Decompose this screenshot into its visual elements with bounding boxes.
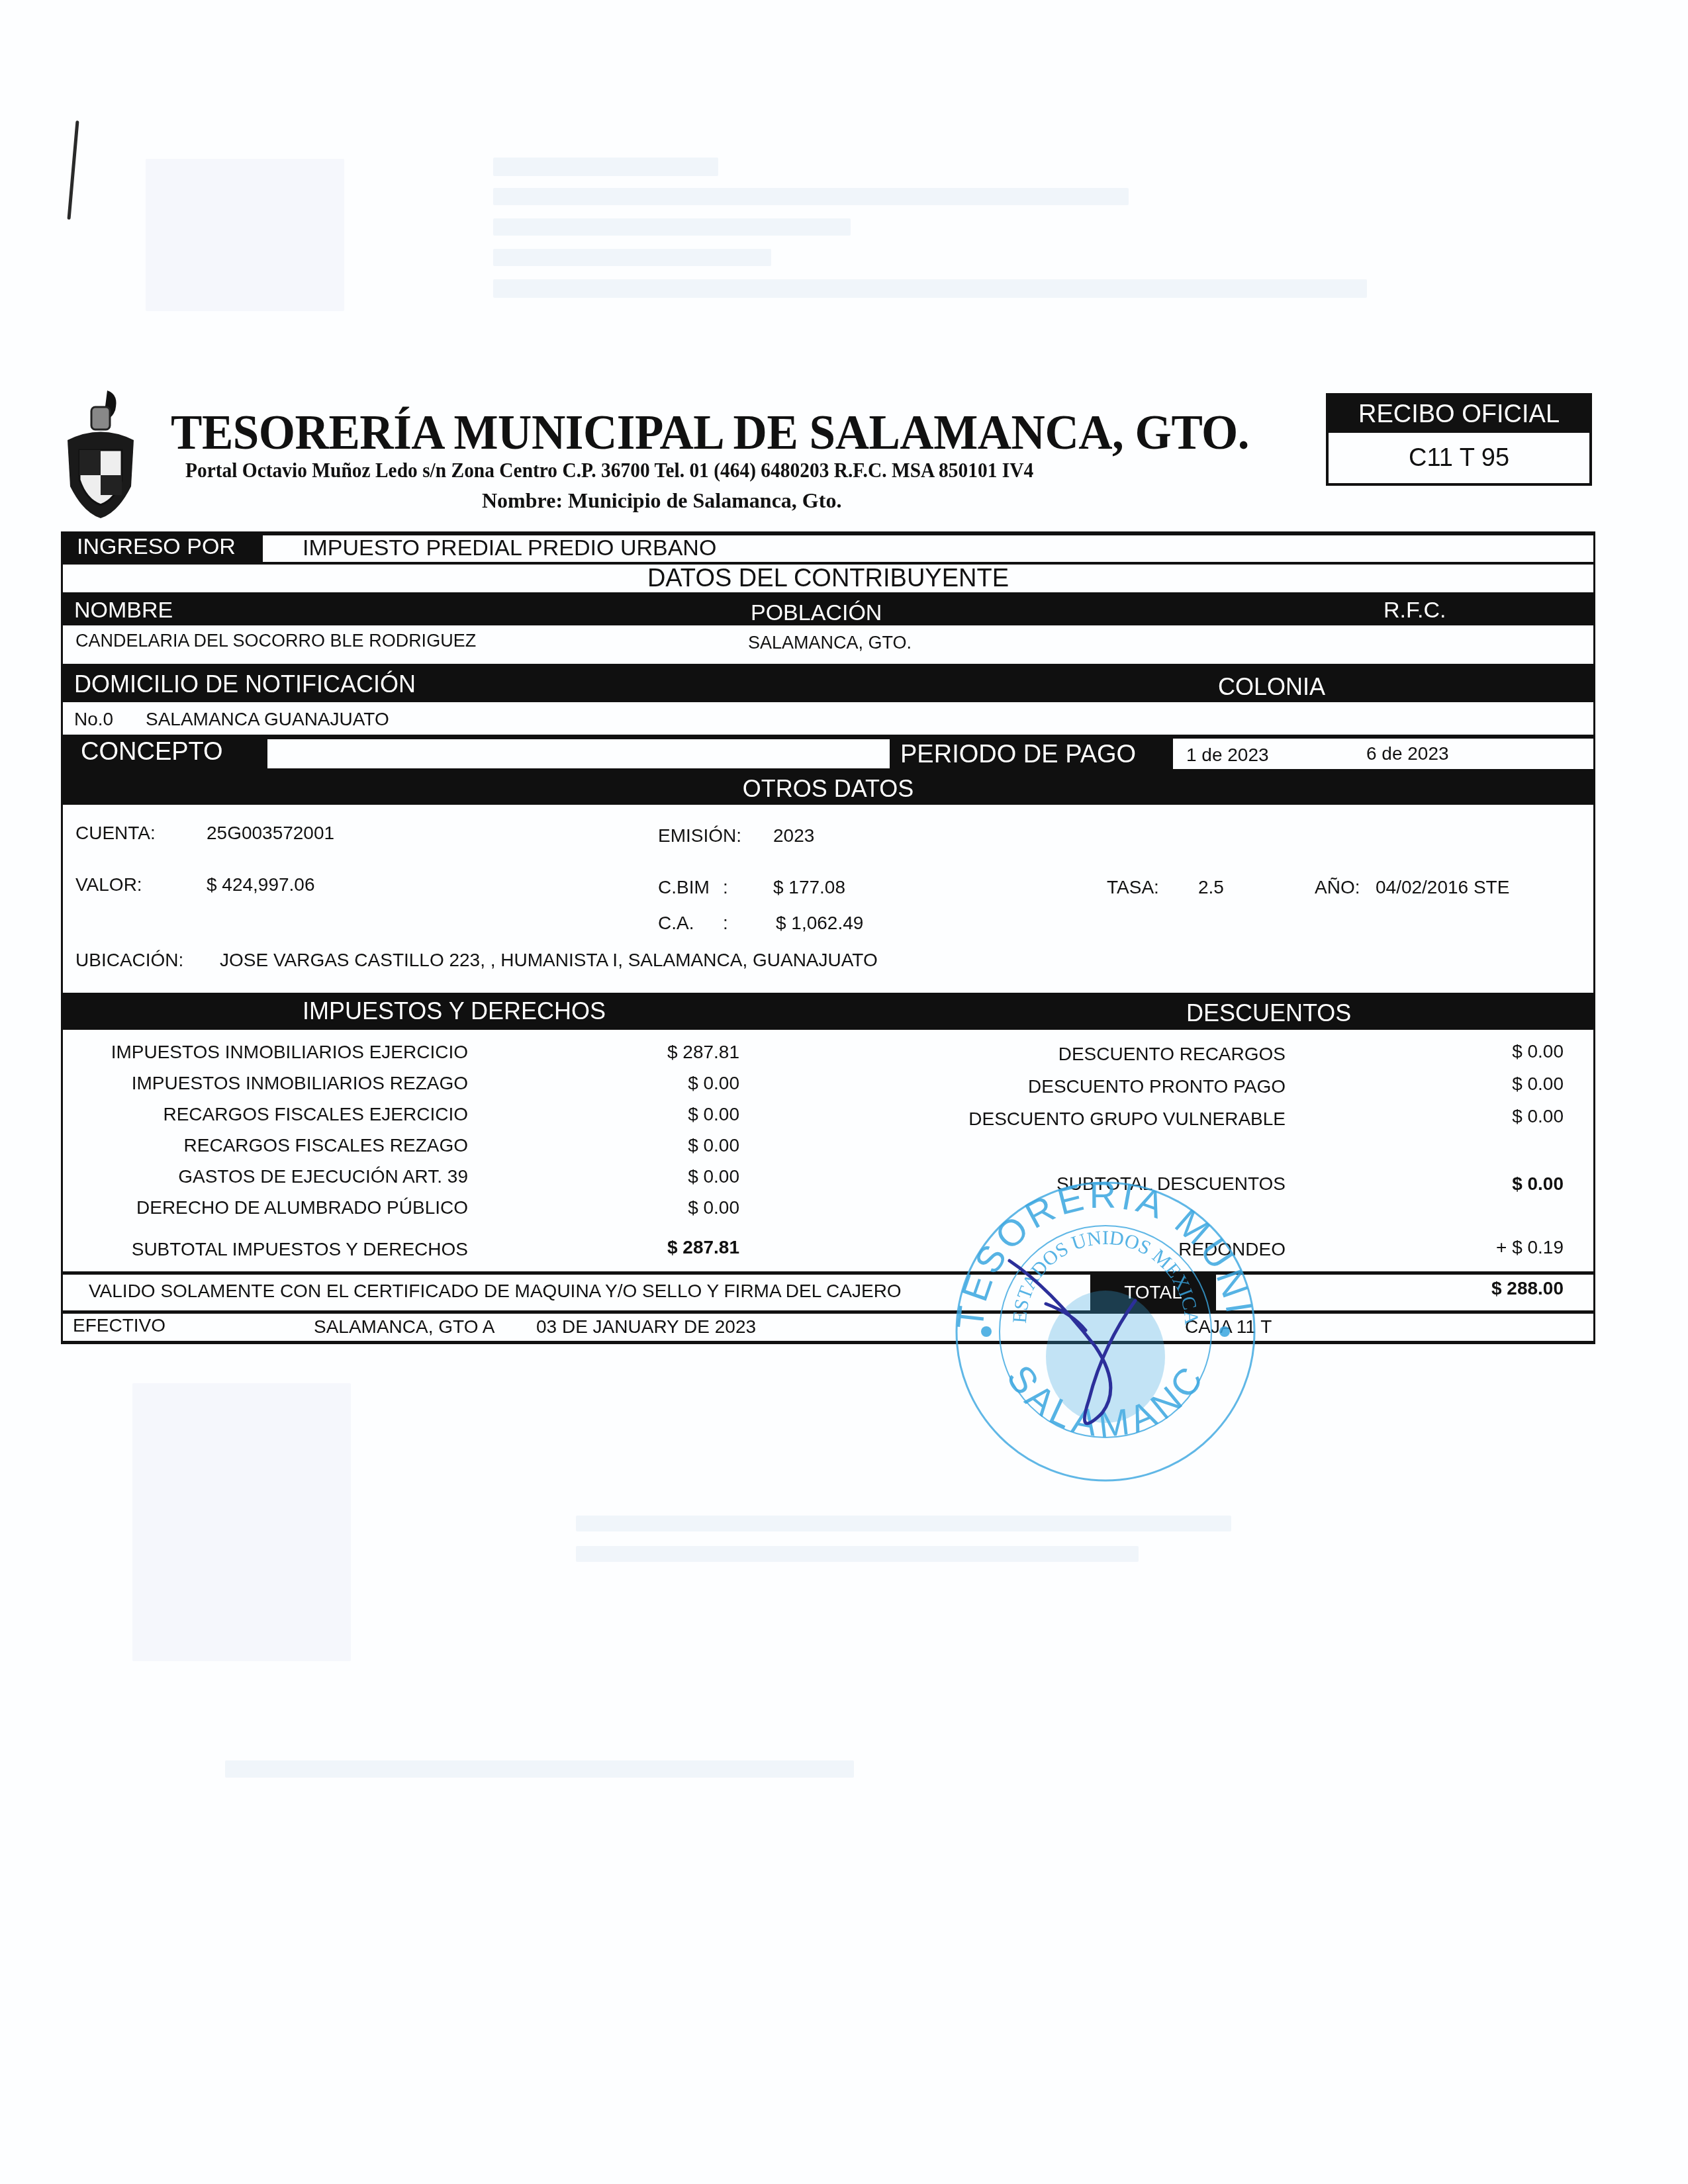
ubicacion-value: JOSE VARGAS CASTILLO 223, , HUMANISTA I,…	[220, 950, 878, 971]
total-label: TOTAL	[1090, 1282, 1216, 1303]
impuesto-item-amount: $ 0.00	[604, 1135, 739, 1156]
divider	[61, 1341, 1595, 1344]
colonia-header: COLONIA	[1218, 673, 1325, 701]
form-left-border	[61, 531, 63, 1344]
domicilio-number: No.0	[74, 709, 113, 730]
concepto-label: CONCEPTO	[81, 738, 223, 766]
bleed-through-text	[576, 1546, 1139, 1562]
redondeo-value: + $ 0.19	[1418, 1237, 1564, 1258]
cuenta-value: 25G003572001	[207, 823, 334, 844]
divider	[61, 1310, 1595, 1314]
ingreso-value: IMPUESTO PREDIAL PREDIO URBANO	[303, 535, 716, 561]
bleed-through-logo	[146, 159, 344, 311]
caja: CAJA 11 T	[1185, 1316, 1272, 1338]
bleed-through-text	[493, 218, 851, 236]
nombre-header: NOMBRE	[74, 598, 173, 623]
treasury-address: Portal Octavio Muñoz Ledo s/n Zona Centr…	[185, 458, 1033, 482]
valor-label: VALOR:	[75, 874, 142, 895]
payment-method: EFECTIVO	[73, 1315, 165, 1336]
poblacion-header: POBLACIÓN	[751, 600, 882, 626]
descuento-item-amount: $ 0.00	[1418, 1041, 1564, 1062]
validity-note: VALIDO SOLAMENTE CON EL CERTIFICADO DE M…	[89, 1281, 902, 1302]
bleed-through-text	[493, 188, 1129, 205]
descuento-item-amount: $ 0.00	[1418, 1106, 1564, 1127]
descuentos-title: DESCUENTOS	[1186, 999, 1351, 1027]
contribuyente-poblacion: SALAMANCA, GTO.	[748, 633, 912, 653]
redondeo-label: REDONDEO	[61, 1239, 1286, 1260]
ingreso-label: INGRESO POR	[77, 534, 236, 560]
anio-value: 04/02/2016 STE	[1376, 877, 1509, 898]
receipt-box: RECIBO OFICIAL C11 T 95	[1326, 393, 1592, 486]
receipt-form: INGRESO POR IMPUESTO PREDIAL PREDIO URBA…	[61, 531, 1595, 1352]
total-amount: $ 288.00	[1418, 1278, 1564, 1299]
impuesto-item-label: RECARGOS FISCALES REZAGO	[61, 1135, 468, 1156]
pen-mark	[67, 120, 79, 220]
domicilio-value: SALAMANCA GUANAJUATO	[146, 709, 389, 730]
tasa-value: 2.5	[1198, 877, 1224, 898]
cuenta-label: CUENTA:	[75, 823, 156, 844]
domicilio-header: DOMICILIO DE NOTIFICACIÓN	[74, 670, 416, 698]
descuentos-subtotal: $ 0.00	[1418, 1173, 1564, 1195]
bleed-through-text	[493, 249, 771, 266]
descuentos-subtotal-label: SUBTOTAL DESCUENTOS	[61, 1173, 1286, 1195]
cbim-label: C.BIM	[658, 877, 710, 898]
impuestos-title: IMPUESTOS Y DERECHOS	[303, 997, 606, 1025]
bleed-through-qr	[132, 1383, 351, 1661]
descuento-item-label: DESCUENTO GRUPO VULNERABLE	[61, 1109, 1286, 1130]
municipal-coat-of-arms-icon	[61, 387, 140, 520]
bleed-through-text	[225, 1760, 854, 1778]
treasury-name: Nombre: Municipio de Salamanca, Gto.	[482, 488, 841, 513]
impuestos-descuentos-bar	[61, 993, 1595, 1030]
periodo-desde: 1 de 2023	[1173, 745, 1269, 766]
impuesto-item-label: DERECHO DE ALUMBRADO PÚBLICO	[61, 1197, 468, 1218]
emision-label: EMISIÓN:	[658, 825, 741, 846]
impuesto-item-amount: $ 0.00	[604, 1197, 739, 1218]
ca-value: $ 1,062.49	[776, 913, 863, 934]
tasa-label: TASA:	[1107, 877, 1159, 898]
contribuyente-title: DATOS DEL CONTRIBUYENTE	[61, 565, 1595, 593]
form-right-border	[1593, 531, 1595, 1344]
ubicacion-label: UBICACIÓN:	[75, 950, 183, 971]
anio-label: AÑO:	[1315, 877, 1360, 898]
descuento-item-amount: $ 0.00	[1418, 1073, 1564, 1095]
treasury-title: TESORERÍA MUNICIPAL DE SALAMANCA, GTO.	[171, 405, 1249, 461]
descuento-item-label: DESCUENTO RECARGOS	[61, 1044, 1286, 1065]
payment-place: SALAMANCA, GTO A	[314, 1316, 494, 1338]
ca-colon: :	[723, 913, 728, 934]
bleed-through-text	[493, 158, 718, 176]
concepto-field	[267, 739, 890, 768]
divider	[61, 1271, 1595, 1275]
descuento-item-label: DESCUENTO PRONTO PAGO	[61, 1076, 1286, 1097]
periodo-hasta: 6 de 2023	[1366, 743, 1449, 764]
cbim-value: $ 177.08	[773, 877, 845, 898]
bleed-through-text	[493, 279, 1367, 298]
ca-label: C.A.	[658, 913, 694, 934]
receipt-label: RECIBO OFICIAL	[1329, 396, 1589, 433]
cbim-colon: :	[723, 877, 728, 898]
contribuyente-nombre: CANDELARIA DEL SOCORRO BLE RODRIGUEZ	[75, 631, 476, 651]
payment-date: 03 DE JANUARY DE 2023	[536, 1316, 756, 1338]
valor-value: $ 424,997.06	[207, 874, 315, 895]
bleed-through-text	[576, 1516, 1231, 1531]
receipt-number: C11 T 95	[1329, 433, 1589, 483]
otros-datos-title: OTROS DATOS	[61, 775, 1595, 803]
periodo-label: PERIODO DE PAGO	[900, 741, 1136, 769]
emision-value: 2023	[773, 825, 814, 846]
rfc-header: R.F.C.	[1383, 598, 1446, 623]
